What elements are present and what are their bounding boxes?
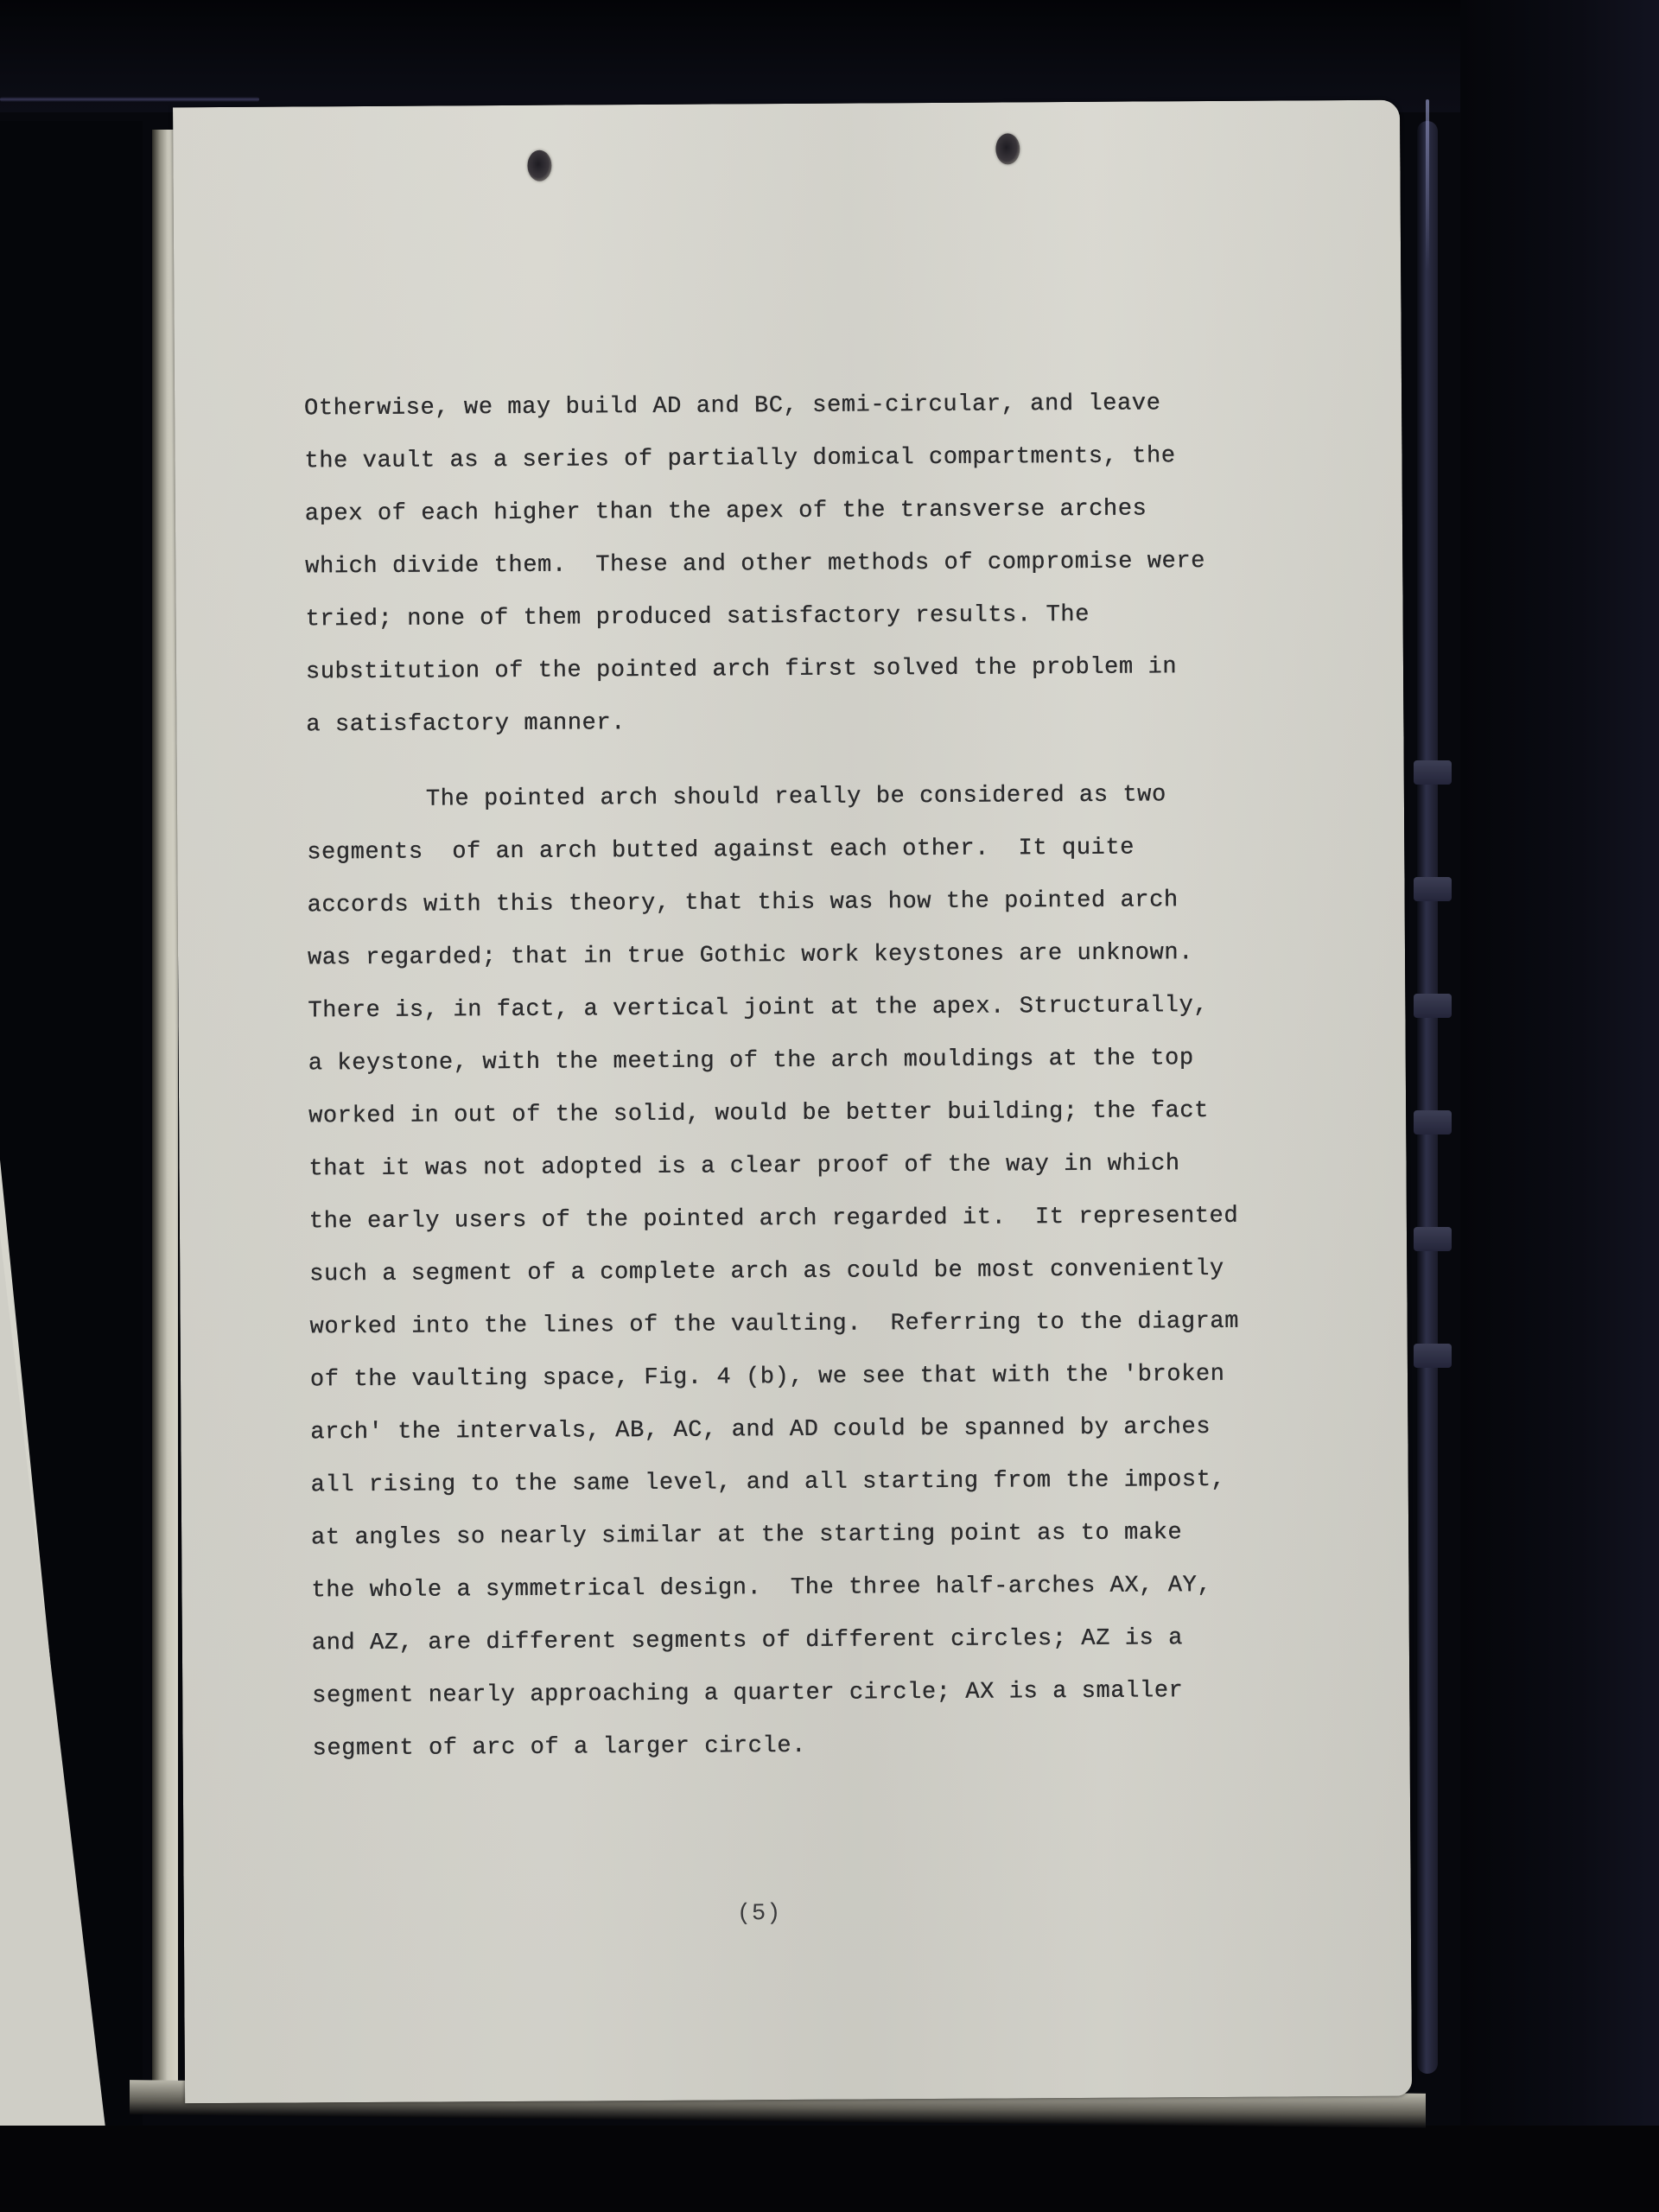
text-line: tried; none of them produced satisfactor… — [305, 588, 1376, 647]
binder-ring — [1414, 994, 1452, 1018]
binder-ring — [1414, 760, 1452, 785]
binder-clip-rail — [1417, 121, 1438, 2074]
text-line: a keystone, with the meeting of the arch… — [308, 1032, 1380, 1091]
text-line: segment nearly approaching a quarter cir… — [312, 1664, 1383, 1724]
text-line: accords with this theory, that this was … — [307, 874, 1378, 933]
text-line: a satisfactory manner. — [306, 693, 1377, 753]
binder-background-top — [0, 0, 1659, 112]
text-line: the early users of the pointed arch rega… — [309, 1190, 1381, 1249]
text-line: segment of arc of a larger circle. — [312, 1717, 1383, 1777]
text-line: the whole a symmetrical design. The thre… — [311, 1559, 1382, 1618]
binder-ring — [1414, 1344, 1452, 1368]
text-line: substitution of the pointed arch first s… — [306, 640, 1377, 700]
text-line: worked in out of the solid, would be bet… — [308, 1084, 1380, 1144]
text-line: There is, in fact, a vertical joint at t… — [308, 979, 1379, 1039]
text-line: of the vaulting space, Fig. 4 (b), we se… — [310, 1348, 1382, 1408]
paragraph: The pointed arch should really be consid… — [307, 768, 1384, 1777]
typewritten-body-text: Otherwise, we may build AD and BC, semi-… — [304, 377, 1384, 1777]
text-line: worked into the lines of the vaulting. R… — [309, 1295, 1381, 1355]
text-line: segments of an arch butted against each … — [307, 821, 1378, 880]
paragraph: Otherwise, we may build AD and BC, semi-… — [304, 377, 1378, 753]
punch-hole-icon — [527, 150, 551, 181]
binder-edge-highlight — [0, 97, 259, 102]
text-line: The pointed arch should really be consid… — [307, 768, 1378, 828]
text-line: Otherwise, we may build AD and BC, semi-… — [304, 377, 1376, 436]
text-line: arch' the intervals, AB, AC, and AD coul… — [310, 1401, 1382, 1460]
text-line: which divide them. These and other metho… — [305, 535, 1376, 594]
binder-ring — [1414, 1227, 1452, 1251]
text-line: the vault as a series of partially domic… — [304, 429, 1376, 489]
binder-ring — [1414, 877, 1452, 901]
text-line: apex of each higher than the apex of the… — [305, 482, 1376, 542]
page-number: (5) — [737, 1901, 782, 1927]
binder-background-bottom — [0, 2126, 1659, 2212]
text-line: was regarded; that in true Gothic work k… — [308, 926, 1379, 986]
punch-hole-icon — [995, 133, 1020, 164]
binder-clip-highlight — [1426, 99, 1429, 272]
text-line: all rising to the same level, and all st… — [311, 1453, 1382, 1513]
binder-ring — [1414, 1110, 1452, 1135]
text-line: at angles so nearly similar at the start… — [311, 1506, 1382, 1566]
text-line: that it was not adopted is a clear proof… — [308, 1137, 1380, 1197]
text-line: such a segment of a complete arch as cou… — [309, 1243, 1381, 1302]
binder-background-right — [1460, 0, 1659, 2212]
text-line: and AZ, are different segments of differ… — [312, 1611, 1383, 1671]
document-page: Otherwise, we may build AD and BC, semi-… — [173, 100, 1412, 2104]
